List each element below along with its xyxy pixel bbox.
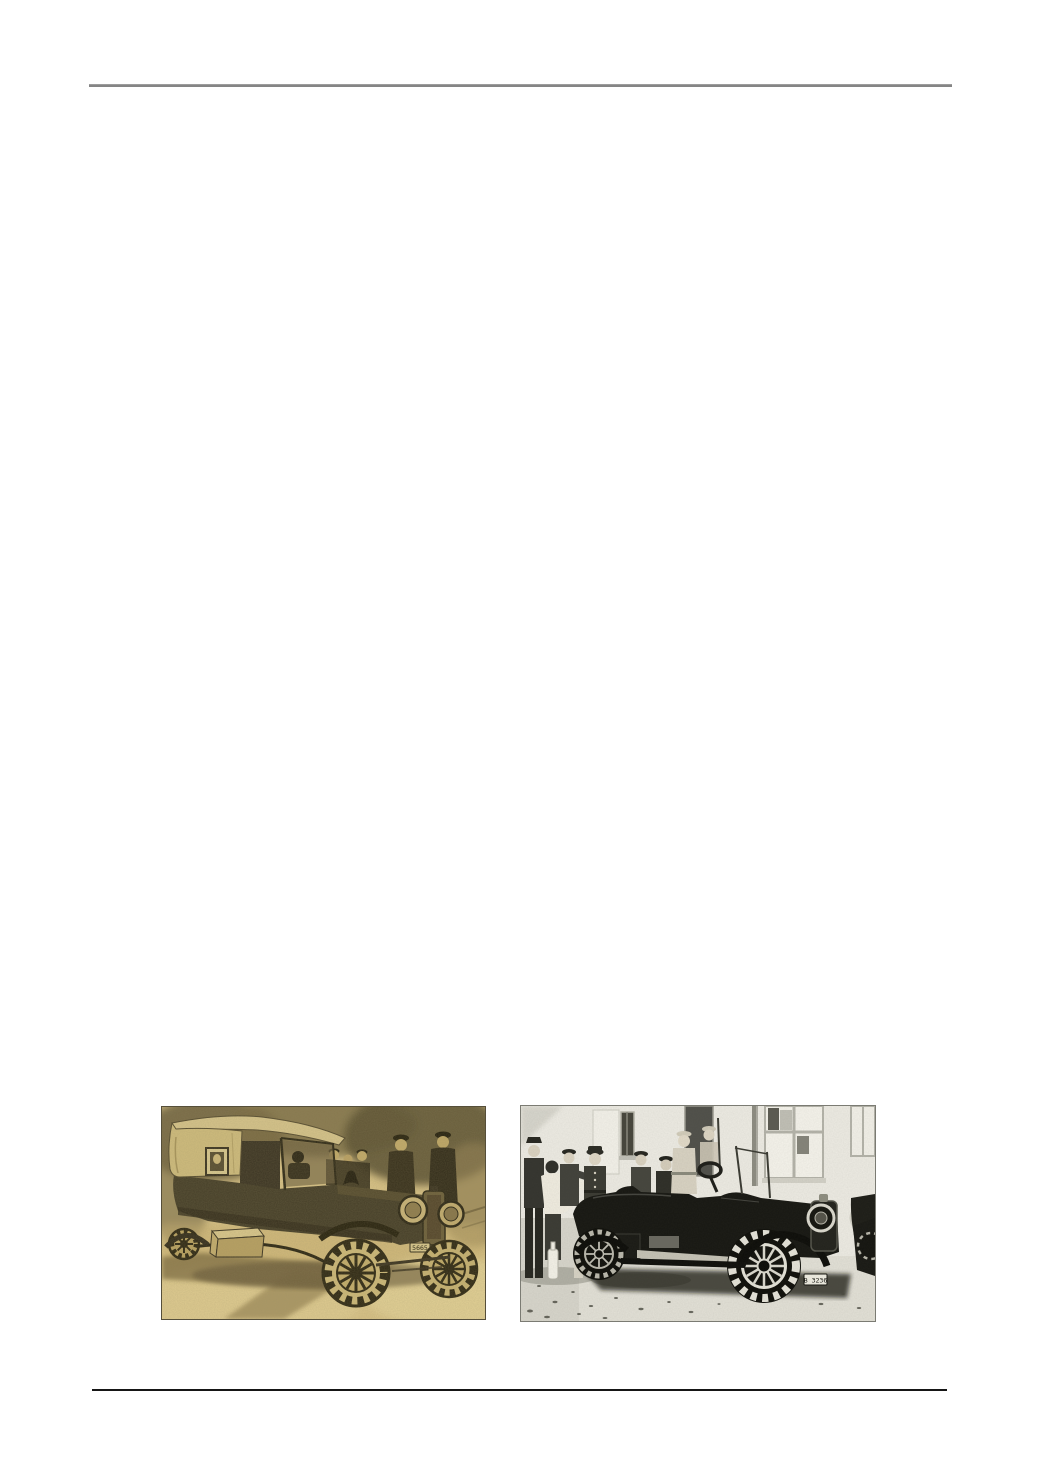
film-grain-overlay	[521, 1106, 875, 1321]
bottom-horizontal-rule	[92, 1389, 947, 1391]
left-photo: 5665	[161, 1106, 486, 1320]
right-photo-drawing: B 3236	[521, 1106, 875, 1321]
left-photo-drawing: 5665	[162, 1107, 485, 1319]
scanned-book-page: 5665	[0, 0, 1040, 1473]
halftone-grain-overlay	[162, 1107, 485, 1319]
right-photo: B 3236	[520, 1105, 876, 1322]
top-horizontal-rule	[89, 84, 952, 87]
